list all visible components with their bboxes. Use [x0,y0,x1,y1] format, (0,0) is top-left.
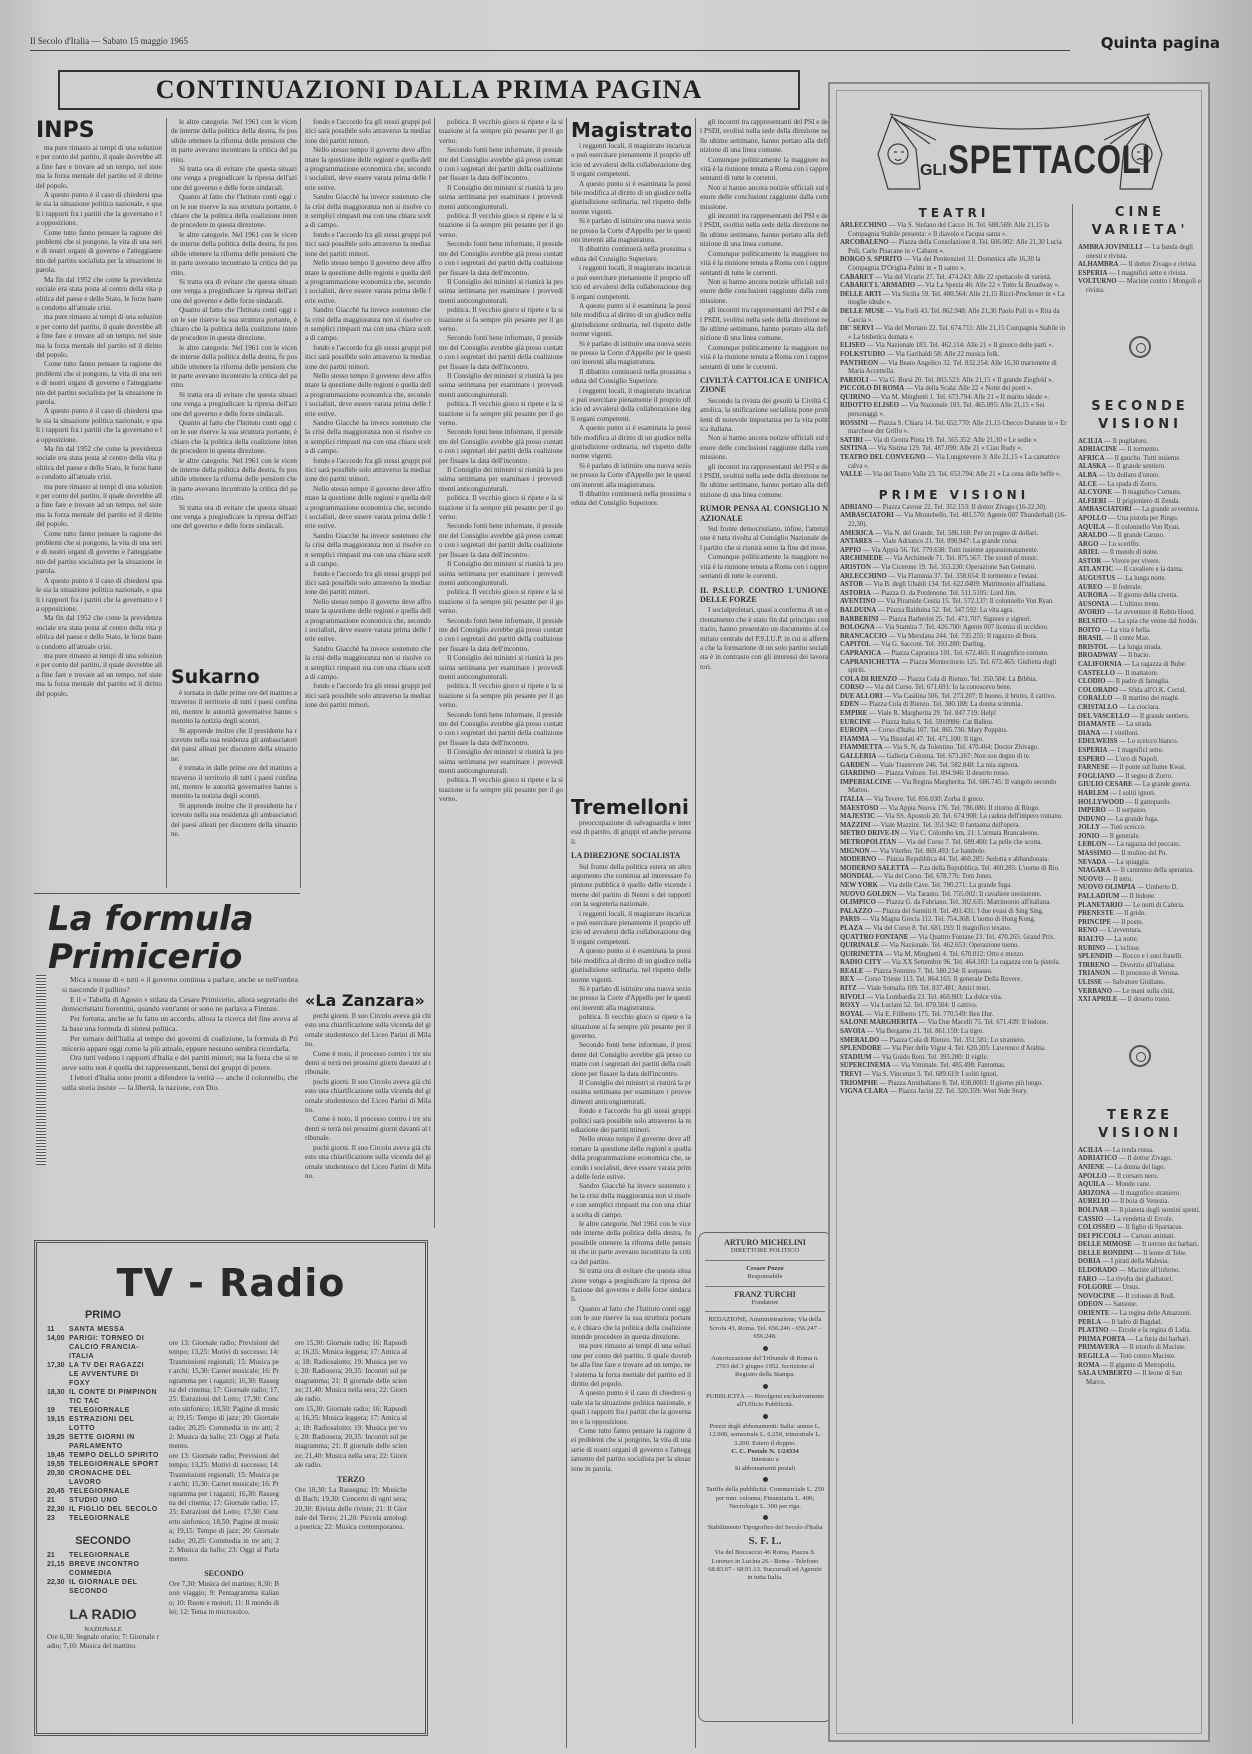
venue-name: DIANA [1078,730,1100,737]
schedule-program: Breve incontro [69,1560,159,1569]
subhead: LA DIREZIONE SOCIALISTA [571,851,691,860]
paragraph: politica. Il vecchio gioco si ripete e l… [439,306,563,334]
paragraph: Secondo fonti bene informate, il preside… [571,1041,691,1079]
venue-details: Via B. degli Ubaldi 134. Tel. 622.0409: … [873,581,1046,588]
venue-name: ATLANTIC [1078,566,1113,573]
listing-entry: PALLADIUM — Il bidone. [1078,893,1202,902]
venue-name: RIALTO [1078,936,1104,943]
paragraph: Quanto al fatto che l'Istituto conti ogg… [171,193,297,231]
venue-name: BALDUINA [840,607,876,614]
venue-name: SATIRI [840,437,863,444]
listing-entry: MODERNO — Piazza Repubblica 44. Tel. 460… [840,856,1068,865]
listing-entry: AMBRA JOVINELLI — La banda degli onesti … [1078,244,1202,261]
article-tremelloni: Tremelloni preoccupazione di salvaguardi… [571,795,691,1745]
paragraph: politica. Il vecchio gioco si ripete e l… [571,1013,691,1041]
venue-name: CRISTALLO [1078,704,1118,711]
venue-name: QUIRINETTA [840,951,883,958]
listing-entry: REGILLA — Totò contro Maciste. [1078,1353,1202,1362]
paragraph: politica. Il vecchio gioco si ripete e l… [439,682,563,710]
venue-details: Il conte Max. [1114,635,1150,642]
venue-details: Via Lombardia 23. Tel. 460.883: La dolce… [875,994,1003,1001]
listing-entry: BOLIVAR — Il pianeta degli uomini spenti… [1078,1207,1202,1216]
schedule-time: 17,30 [47,1361,69,1370]
venue-name: ACILIA [1078,1147,1103,1154]
venue-name: APOLLO [1078,1173,1107,1180]
listing-entry: ALFIERI — Il prigioniero di Zenda. [1078,498,1202,507]
venue-details: Viale Adriatico 21. Tel. 890.947: La gra… [882,538,1018,545]
venue-name: RITZ [840,985,857,992]
venue-details: Il boia di Venezia. [1120,1198,1169,1205]
article-magistrato: Magistrato i reggenti locali, il magistr… [571,118,691,758]
schedule-program: Il giornale del secondo [69,1578,159,1596]
venue-details: Piazza Annibaliano 8. Tel. 838.0003: Il … [888,1080,1043,1087]
paragraph: gli incontri tra rappresentanti del PSI … [700,463,828,501]
venue-name: ADRIATICO [1078,1155,1117,1162]
venue-name: ROXY [840,1002,860,1009]
paragraph: A questo punto si è esaminata la possibi… [571,947,691,985]
venue-name: FOLKSTUDIO [840,351,885,358]
listing-entry: AURORA — Il giorno della civetta. [1078,592,1202,601]
article-body: è tornata in dalle prime ore del mattino… [171,689,297,840]
paragraph: Come è noto, il processo contro i tre st… [305,1115,431,1143]
listing-entry: FOLGORE — Ursus. [1078,1284,1202,1293]
venue-name: ALASKA [1078,463,1106,470]
venue-details: Il trionfo di Maciste. [1130,1344,1186,1351]
venue-name: MONDIAL [840,873,874,880]
venue-name: MASSIMO [1078,850,1111,857]
venue-details: Via M. Minghetti 1. Tel. 673.794: Alle 2… [881,394,1049,401]
venue-details: Via Archimede 71. Tel. 875.567: The soun… [893,555,1039,562]
paragraph: Comunque politicamente la maggiore novit… [700,344,828,372]
venue-details: Via del Vicario 27. Tel. 474.243: Alle 2… [883,274,1051,281]
article-sukarno: Sukarno è tornata in dalle prime ore del… [171,665,297,885]
venue-details: Corso d'Italia 107. Tel. 865.736: Mary P… [878,727,1007,734]
paragraph: Si tratta ora di evitare che questa situ… [171,504,297,532]
article-headline: Tremelloni [571,795,691,819]
paragraph: A questo punto è il caso di chiedersi qu… [36,191,162,229]
venue-details: Via Viterbo. Tel. 869.493: Le bambole. [880,848,986,855]
paragraph: i reggenti locali, il magistrato incaric… [571,910,691,948]
listing-entry: RITZ — Viale Somalia 109. Tel. 837.481: … [840,985,1068,994]
venue-name: AUGUSTUS [1078,575,1115,582]
radio-sub: NAZIONALE [47,1626,159,1633]
venue-name: CABARET [840,274,873,281]
section-banner: CONTINUAZIONI DALLA PRIMA PAGINA [58,70,800,110]
schedule-row: 17,30La TV dei ragazzi [47,1361,159,1370]
venue-details: Via G. Sacconi. Tel. 393.280: Darling. [881,641,985,648]
venue-name: ALCYONE [1078,489,1112,496]
paragraph: A questo punto si è esaminata la possibi… [571,302,691,340]
venue-name: EURCINE [840,719,871,726]
founder-role: Fondatore [705,1299,825,1307]
printer-text: Stabilimento Tipografico del Secolo d'It… [705,1524,825,1532]
listing-entry: PANTHEON — Via Beato Angelico 32. Tel. 8… [840,360,1068,377]
venue-details: Viale R. Margherita 29. Tel. 847.719: He… [877,710,996,717]
venue-details: Piazza Cola di Rienzo. Tel. 351.581: Lo … [889,1037,1025,1044]
listing-entry: BRISTOL — La lunga strada. [1078,644,1202,653]
venue-name: DUE ALLORI [840,693,883,700]
venue-details: L'oro di Napoli. [1115,756,1158,763]
venue-name: RENO [1078,927,1098,934]
listing-entry: MAZZINI — Viale Mazzini. Tel. 351.942: I… [840,822,1068,831]
paragraph: pochi giorni. Il suo Circolo aveva già c… [305,1144,431,1182]
listing-entry: COLORADO — Sfida all'O.K. Corral. [1078,687,1202,696]
venue-details: Il grande sentiero. [1140,713,1189,720]
paragraph: Secondo fonti bene informate, il preside… [439,617,563,655]
listing-entry: AUGUSTUS — La lunga notte. [1078,575,1202,584]
venue-details: Piazza Jacini 22. Tel. 320.359: West Sid… [898,1088,1028,1095]
paragraph: i reggenti locali, il magistrato incaric… [571,387,691,425]
paragraph: Nello stesso tempo il governo deve affro… [571,1135,691,1182]
emblem-icon [1129,336,1151,358]
venue-name: SALONE MARGHERITA [840,1019,917,1026]
schedule-program: Telegiornale [69,1551,159,1560]
venue-name: CABARET L'ARMADIO [840,282,915,289]
paragraph: Nello stesso tempo il governo deve affro… [305,259,431,306]
listing-entry: TRIOMPHE — Piazza Annibaliano 8. Tel. 83… [840,1080,1068,1089]
listing-entry: ANIENE — La donna del lago. [1078,1164,1202,1173]
venue-details: Via Magna Grecia 112. Tel. 754.368: L'uo… [870,916,1036,923]
paragraph: Si tratta ora di evitare che questa situ… [171,165,297,193]
venue-details: Viale Trastevere 246. Tel. 582.848: La m… [880,762,1020,769]
paragraph: Quanto al fatto che l'Istituto conti ogg… [171,306,297,344]
article-headline: Magistrato [571,118,691,142]
listing-entry: NEW YORK — Via delle Cave. Tel. 780.271:… [840,882,1068,891]
listing-entry: FIAMMA — Via Bissolati 47. Tel. 471.100:… [840,736,1068,745]
subhead: RUMOR PENSA AL CONSIGLIO NAZIONALE [700,504,828,523]
logo-title: SPETTACOLI [948,138,1151,183]
channel-label: SECONDO [47,1535,159,1547]
listing-entry: SAVOIA — Via Bergamo 21. Tel. 861.159: L… [840,1028,1068,1037]
listing-entry: MIGNON — Via Viterbo. Tel. 869.493: Le b… [840,848,1068,857]
radio-subhead: TERZO [295,1475,407,1484]
venue-details: Il segno di Zorro. [1125,773,1173,780]
listing-entry: CRISTALLO — La ciociara. [1078,704,1202,713]
listing-entry: PLANETARIO — Le notti di Cabiria. [1078,902,1202,911]
venue-name: PLANETARIO [1078,902,1123,909]
listing-entry: METROPOLITAN — Via del Corso 7. Tel. 689… [840,839,1068,848]
venue-details: La ragazza del peccato. [1117,841,1181,848]
radio-text: ore 13: Giornale radio; Previsioni del t… [169,1452,279,1565]
cine-visioni-column: CINE VARIETA' AMBRA JOVINELLI — La banda… [1078,204,1202,1734]
venue-name: ESPERIA [1078,747,1107,754]
venue-details: Piazza Cola di Rienzo. Tel. 380.188: La … [869,701,1022,708]
paragraph: politica. Il vecchio gioco si ripete e l… [439,400,563,428]
article-headline: «La Zanzara» [305,990,431,1012]
schedule-time: 21 [47,1551,69,1560]
listing-entry: ALBA — Un dollaro d'onore. [1078,472,1202,481]
listing-entry: DELLE RONDINI — Il leone di Tebe. [1078,1250,1202,1259]
listing-entry: AURELIO — Il boia di Venezia. [1078,1198,1202,1207]
listing-entry: VIGNA CLARA — Piazza Jacini 22. Tel. 320… [840,1088,1068,1097]
listing-entry: RADIO CITY — Via XX Settembre 96. Tel. 4… [840,959,1068,968]
venue-name: TREVI [840,1071,862,1078]
article-body: ma pure rimasto ai tempi di una soluzion… [36,144,162,699]
listing-entry: BROADWAY — Il bacio. [1078,652,1202,661]
paragraph: Sul fronte della politica estera un altr… [571,863,691,910]
venue-details: Rocco e i suoi fratelli. [1123,953,1183,960]
listing-entry: BALDUINA — Piazza Balduina 52. Tel. 347.… [840,607,1068,616]
venue-name: PARIS [840,916,860,923]
listing-entry: FOGLIANO — Il segno di Zorro. [1078,773,1202,782]
banner-title: CONTINUAZIONI DALLA PRIMA PAGINA [156,75,703,104]
venue-details: Via Piramide Cestia 15. Tel. 572.137: Il… [886,598,1054,605]
manager-role: Responsabile [705,1273,825,1281]
venue-details: Via Appia Nuova 176. Tel. 786.086: Il ri… [888,805,1039,812]
venue-name: PERLA [1078,1319,1101,1326]
venue-name: DELLE MIMOSE [1078,1241,1132,1248]
spettacoli-section: GLI SPETTACOLI TEATRI ARLECCHINO — Via S… [828,82,1210,1742]
article-body: politica. Il vecchio gioco si ripete e l… [439,118,563,805]
venue-name: AUSONIA [1078,601,1109,608]
venue-details: Il gattopardo. [1134,799,1171,806]
venue-name: EDELWEISS [1078,738,1117,745]
paragraph: Il Consiglio dei ministri si riunirà la … [439,560,563,588]
venue-name: PALAZZO [840,908,872,915]
paragraph: Si tratta ora di evitare che questa situ… [171,278,297,306]
paragraph: Ora tutti vedono i rapporti d'Italia e d… [62,1053,298,1073]
venue-name: FARNESE [1078,764,1109,771]
venue-details: Via del Corso 7. Tel. 689.400: La pelle … [906,839,1042,846]
paragraph: gli incontri tra rappresentanti del PSI … [700,306,828,344]
venue-details: Galleria Colonna. Tel. 673.267: Non son … [886,753,1030,760]
venue-name: ANIENE [1078,1164,1104,1171]
article-body: fondo e l'accordo fra gli stessi gruppi … [305,118,431,711]
venue-name: AMERICA [840,530,873,537]
listing-entry: DORIA — I pirati della Malesia. [1078,1258,1202,1267]
venue-name: ESPERIA [1078,270,1107,277]
venue-name: AQUILA [1078,524,1105,531]
sfl-text: Via del Boccaccio 46 Roma, Piazza S. Lor… [705,1549,825,1583]
listing-entry: CASTELLO — Il mattatore. [1078,670,1202,679]
listing-entry: IMPERO — Il sorpasso. [1078,807,1202,816]
venue-details: Il cavaliere e la dama. [1124,566,1184,573]
venue-name: VOLTURNO [1078,278,1117,285]
paragraph: Il Consiglio dei ministri si riunirà la … [439,372,563,400]
founder-name: FRANZ TURCHI [705,1291,825,1299]
venue-name: QUIRINO [840,394,871,401]
listing-entry: TRIANON — Il processo di Verona. [1078,970,1202,979]
venue-details: Il prigioniero di Zenda. [1117,498,1180,505]
paragraph: Per tornare dell'Italia al tempo dei gov… [62,1034,298,1054]
paragraph: Sandro Giacchè ha invece sostenuto che l… [305,193,431,231]
paragraph: fondo e l'accordo fra gli stessi gruppi … [571,1107,691,1135]
prime-visioni-list: ADRIANO — Piazza Cavour 22. Tel. 352.153… [840,504,1068,1097]
masthead: Il Secolo d'Italia — Sabato 15 maggio 19… [30,30,1220,52]
schedule-program: Estrazioni del Lotto [69,1415,159,1433]
listing-entry: ARLECCHINO — Via S. Stefano del Cacco 16… [840,222,1068,239]
venue-name: CLODIO [1078,678,1106,685]
venue-details: Via C. Colombo km. 21: L'armata Brancale… [909,830,1039,837]
venue-details: Piazza Capranica 101. Tel. 672.465: Il m… [891,650,1048,657]
schedule-row: 19Telegiornale [47,1406,159,1415]
venue-name: OLIMPICO [840,899,876,906]
listing-entry: ROMA — Il gigante di Metropolis. [1078,1362,1202,1371]
listing-entry: RUBINO — L'eclisse. [1078,945,1202,954]
listing-entry: JOLLY — Totò sceicco. [1078,824,1202,833]
venue-name: ROMA [1078,1362,1100,1369]
paragraph: gli incontri tra rappresentanti del PSI … [700,118,828,156]
venue-name: ARLECCHINO [840,222,887,229]
venue-details: Il leone di Tebe. [1143,1250,1187,1257]
venue-name: BELSITO [1078,618,1108,625]
schedule-time: 23 [47,1514,69,1523]
listing-entry: APOLLO — Una pistola per Ringo. [1078,515,1202,524]
venue-name: SALA UMBERTO [1078,1370,1132,1377]
paragraph: A questo punto si è esaminata la possibi… [571,180,691,218]
postal-account: C. C. Postale N. 1/24334 [705,1448,825,1456]
listing-entry: ALCYONE — Il magnifico Cornuto. [1078,489,1202,498]
listing-entry: XXI APRILE — Il deserto rosso. [1078,996,1202,1005]
listing-entry: DELLE MIMOSE — Il terrore dei barbari. [1078,1241,1202,1250]
schedule-program: Le avventure di Foxy [69,1370,159,1388]
venue-details: La spada di Zorro. [1107,481,1157,488]
venue-name: ALBA [1078,472,1097,479]
venue-details: Piazza Balduina 52. Tel. 347.592: La vit… [886,607,1014,614]
manager-name: Cesare Pozzo [705,1265,825,1273]
schedule-list: 21Telegiornale21,15Breve incontroCommedi… [47,1551,159,1596]
schedule-time: 20,30 [47,1469,69,1487]
listing-entry: DE' SERVI — Via del Mortaro 22. Tel. 674… [840,325,1068,342]
paragraph: E il « Tabella di Agosto » stilata da Ce… [62,995,298,1015]
paragraph: Comunque politicamente la maggiore novit… [700,250,828,278]
venue-details: Il colosso di Rodi. [1125,1293,1175,1300]
venue-details: L'eclisse. [1115,945,1140,952]
venue-name: RADIO CITY [840,959,881,966]
schedule-program: Santa Messa [69,1325,159,1334]
listing-entry: ARIEL — Il mondo di notte. [1078,549,1202,558]
venue-name: ARALDO [1078,532,1107,539]
terze-visioni-heading: TERZE [1078,1107,1202,1125]
listing-entry: AVORIO — Le avventure di Robin Hood. [1078,609,1202,618]
venue-name: ACILIA [1078,438,1103,445]
paragraph: i reggenti locali, il magistrato incaric… [571,264,691,302]
article-continuation: le altre categorie. Nel 1961 con le vice… [171,118,297,638]
venue-name: PALLADIUM [1078,893,1119,900]
venue-details: Il generale. [1110,833,1141,840]
venue-details: Via M. Minghetti 4. Tel. 670.012: Otto e… [893,951,1024,958]
listing-entry: REALE — Piazza Sonnino 7. Tel. 580.234: … [840,968,1068,977]
listing-entry: CASSIO — La vendetta di Ercole. [1078,1216,1202,1225]
schedule-program: Parigi: Torneo di calcio Francia-Italia [69,1334,159,1361]
venue-details: Via Bergamo 21. Tel. 861.159: La tigre. [876,1028,984,1035]
venue-name: ASTORIA [840,590,871,597]
venue-name: RUBINO [1078,945,1105,952]
paragraph: A questo punto è il caso di chiedersi qu… [571,1389,691,1427]
venue-name: ELISEO [840,342,865,349]
venue-name: COLORADO [1078,687,1118,694]
listing-entry: QUIRINALE — Via Nazionale. Tel. 462.653:… [840,942,1068,951]
venue-details: Umberto D. [1146,884,1178,891]
listing-entry: AMERICA — Via N. del Grande. Tel. 586.16… [840,530,1068,539]
paragraph: Si è parlato di istituire una nuova sezi… [571,340,691,368]
paragraph: Si tratta ora di evitare che questa situ… [171,391,297,419]
venue-details: Via Merulana 244. Tel. 735.255: Il ragaz… [897,633,1038,640]
paragraph: Sandro Giacchè ha invece sostenuto che l… [305,645,431,683]
paragraph: Nello stesso tempo il governo deve affro… [305,372,431,419]
tv-schedule-primo: PRIMO 11Santa Messa14,00Parigi: Torneo d… [47,1305,159,1652]
venue-details: Il deserto rosso. [1128,996,1171,1003]
venue-name: QUIRINALE [840,942,879,949]
schedule-row: 11Santa Messa [47,1325,159,1334]
listing-entry: AQUILA — Mondo cane. [1078,1181,1202,1190]
venue-details: Il pugilatore. [1113,438,1148,445]
sfl-name: S. F. L. [705,1537,825,1545]
venue-details: I soliti ignoti. [1119,790,1156,797]
venue-details: I vitelloni. [1110,730,1138,737]
schedule-program: Tempo dello spirito [69,1451,159,1460]
venue-name: ROSSINI [840,420,868,427]
venue-details: Via La Spezia 46: Alle 22 « Tutto fa Bro… [925,282,1060,289]
subhead: IL P.S.I.U.P. CONTRO L'UNIONE DELLE FORZ… [700,586,828,605]
listing-entry: ASTORIA — Piazza O. da Pordenone. Tel. 5… [840,590,1068,599]
venue-details: Via S. Vincenzo 3. Tel. 689.619: I solit… [872,1071,999,1078]
listing-entry: GALLERIA — Galleria Colonna. Tel. 673.26… [840,753,1068,762]
masthead-rule [30,50,1070,51]
venue-details: La lunga notte. [1125,575,1166,582]
listing-entry: PRIMAVERA — Il trionfo di Maciste. [1078,1344,1202,1353]
venue-details: Ursus. [1122,1284,1140,1291]
venue-name: REX [840,976,854,983]
schedule-row: 18,30Il conte di Pimpinon [47,1388,159,1397]
listing-entry: MONDIAL — Via del Corso. Tel. 678.776: T… [840,873,1068,882]
paragraph: fondo e l'accordo fra gli stessi gruppi … [305,570,431,598]
venue-details: La spiaggia. [1116,859,1149,866]
bullet-icon [763,1346,768,1351]
listing-entry: SATIRI — Via di Grotta Pinta 19. Tel. 56… [840,437,1068,446]
terze-visioni-list: ACILIA — La tenda rossa.ADRIATICO — Il d… [1078,1147,1202,1388]
paragraph: Comunque politicamente la maggiore novit… [700,156,828,184]
seconde-visioni-list: ACILIA — Il pugilatore.ADRIACINE — Il to… [1078,438,1202,1005]
listing-entry: MASSIMO — Il mulino del Po. [1078,850,1202,859]
venue-name: NOVOCINE [1078,1293,1115,1300]
listing-entry: CABARET L'ARMADIO — Via La Spezia 46: Al… [840,282,1068,291]
article-headline: Sukarno [171,665,297,689]
listing-entry: SALONE MARGHERITA — Via Due Macelli 75. … [840,1019,1068,1028]
venue-details: Viale Mazzini. Tel. 351.942: Il fantasma… [881,822,1021,829]
listing-entry: TREVI — Via S. Vincenzo 3. Tel. 689.619:… [840,1071,1068,1080]
venue-details: Piazza Repubblica 44. Tel. 460.285: Sedo… [886,856,1049,863]
venue-name: SUPERCINEMA [840,1062,891,1069]
venue-name: SPLENDORE [840,1045,882,1052]
schedule-row: 19,15Estrazioni del Lotto [47,1415,159,1433]
venue-name: REALE [840,968,863,975]
paragraph: Nello stesso tempo il governo deve affro… [305,485,431,532]
listing-entry: BRASIL — Il conte Max. [1078,635,1202,644]
venue-name: GIULIO CESARE [1078,781,1133,788]
article-body: pochi giorni. Il suo Circolo aveva già c… [305,1012,431,1181]
schedule-program: Telegiornale sport [69,1460,159,1469]
venue-name: SISTINA [840,445,867,452]
tv-radio-title: TV - Radio [37,1261,425,1305]
venue-name: PRIMA PORTA [1078,1336,1125,1343]
venue-details: Via XX Settembre 96. Tel. 464.103: La ra… [891,959,1060,966]
venue-name: SPLENDID [1078,953,1112,960]
venue-name: DEI PICCOLI [1078,1233,1121,1240]
paragraph: Sandro Giacchè ha invece sostenuto che l… [571,1182,691,1220]
logo-gli: GLI [920,162,947,180]
article-headline: Primicerio [48,938,278,976]
paragraph: le altre categorie. Nel 1961 con le vice… [171,457,297,504]
listing-entry: EMPIRE — Viale R. Margherita 29. Tel. 84… [840,710,1068,719]
paragraph: fondo e l'accordo fra gli stessi gruppi … [305,457,431,485]
venue-name: PANTHEON [840,360,878,367]
listing-entry: DEI PICCOLI — Cartoni animati. [1078,1233,1202,1242]
schedule-program: Telegiornale [69,1406,159,1415]
venue-details: Il padre di famiglia. [1116,678,1170,685]
listing-entry: CALIFORNIA — La ragazza di Bube. [1078,661,1202,670]
venue-name: AUREO [1078,584,1103,591]
